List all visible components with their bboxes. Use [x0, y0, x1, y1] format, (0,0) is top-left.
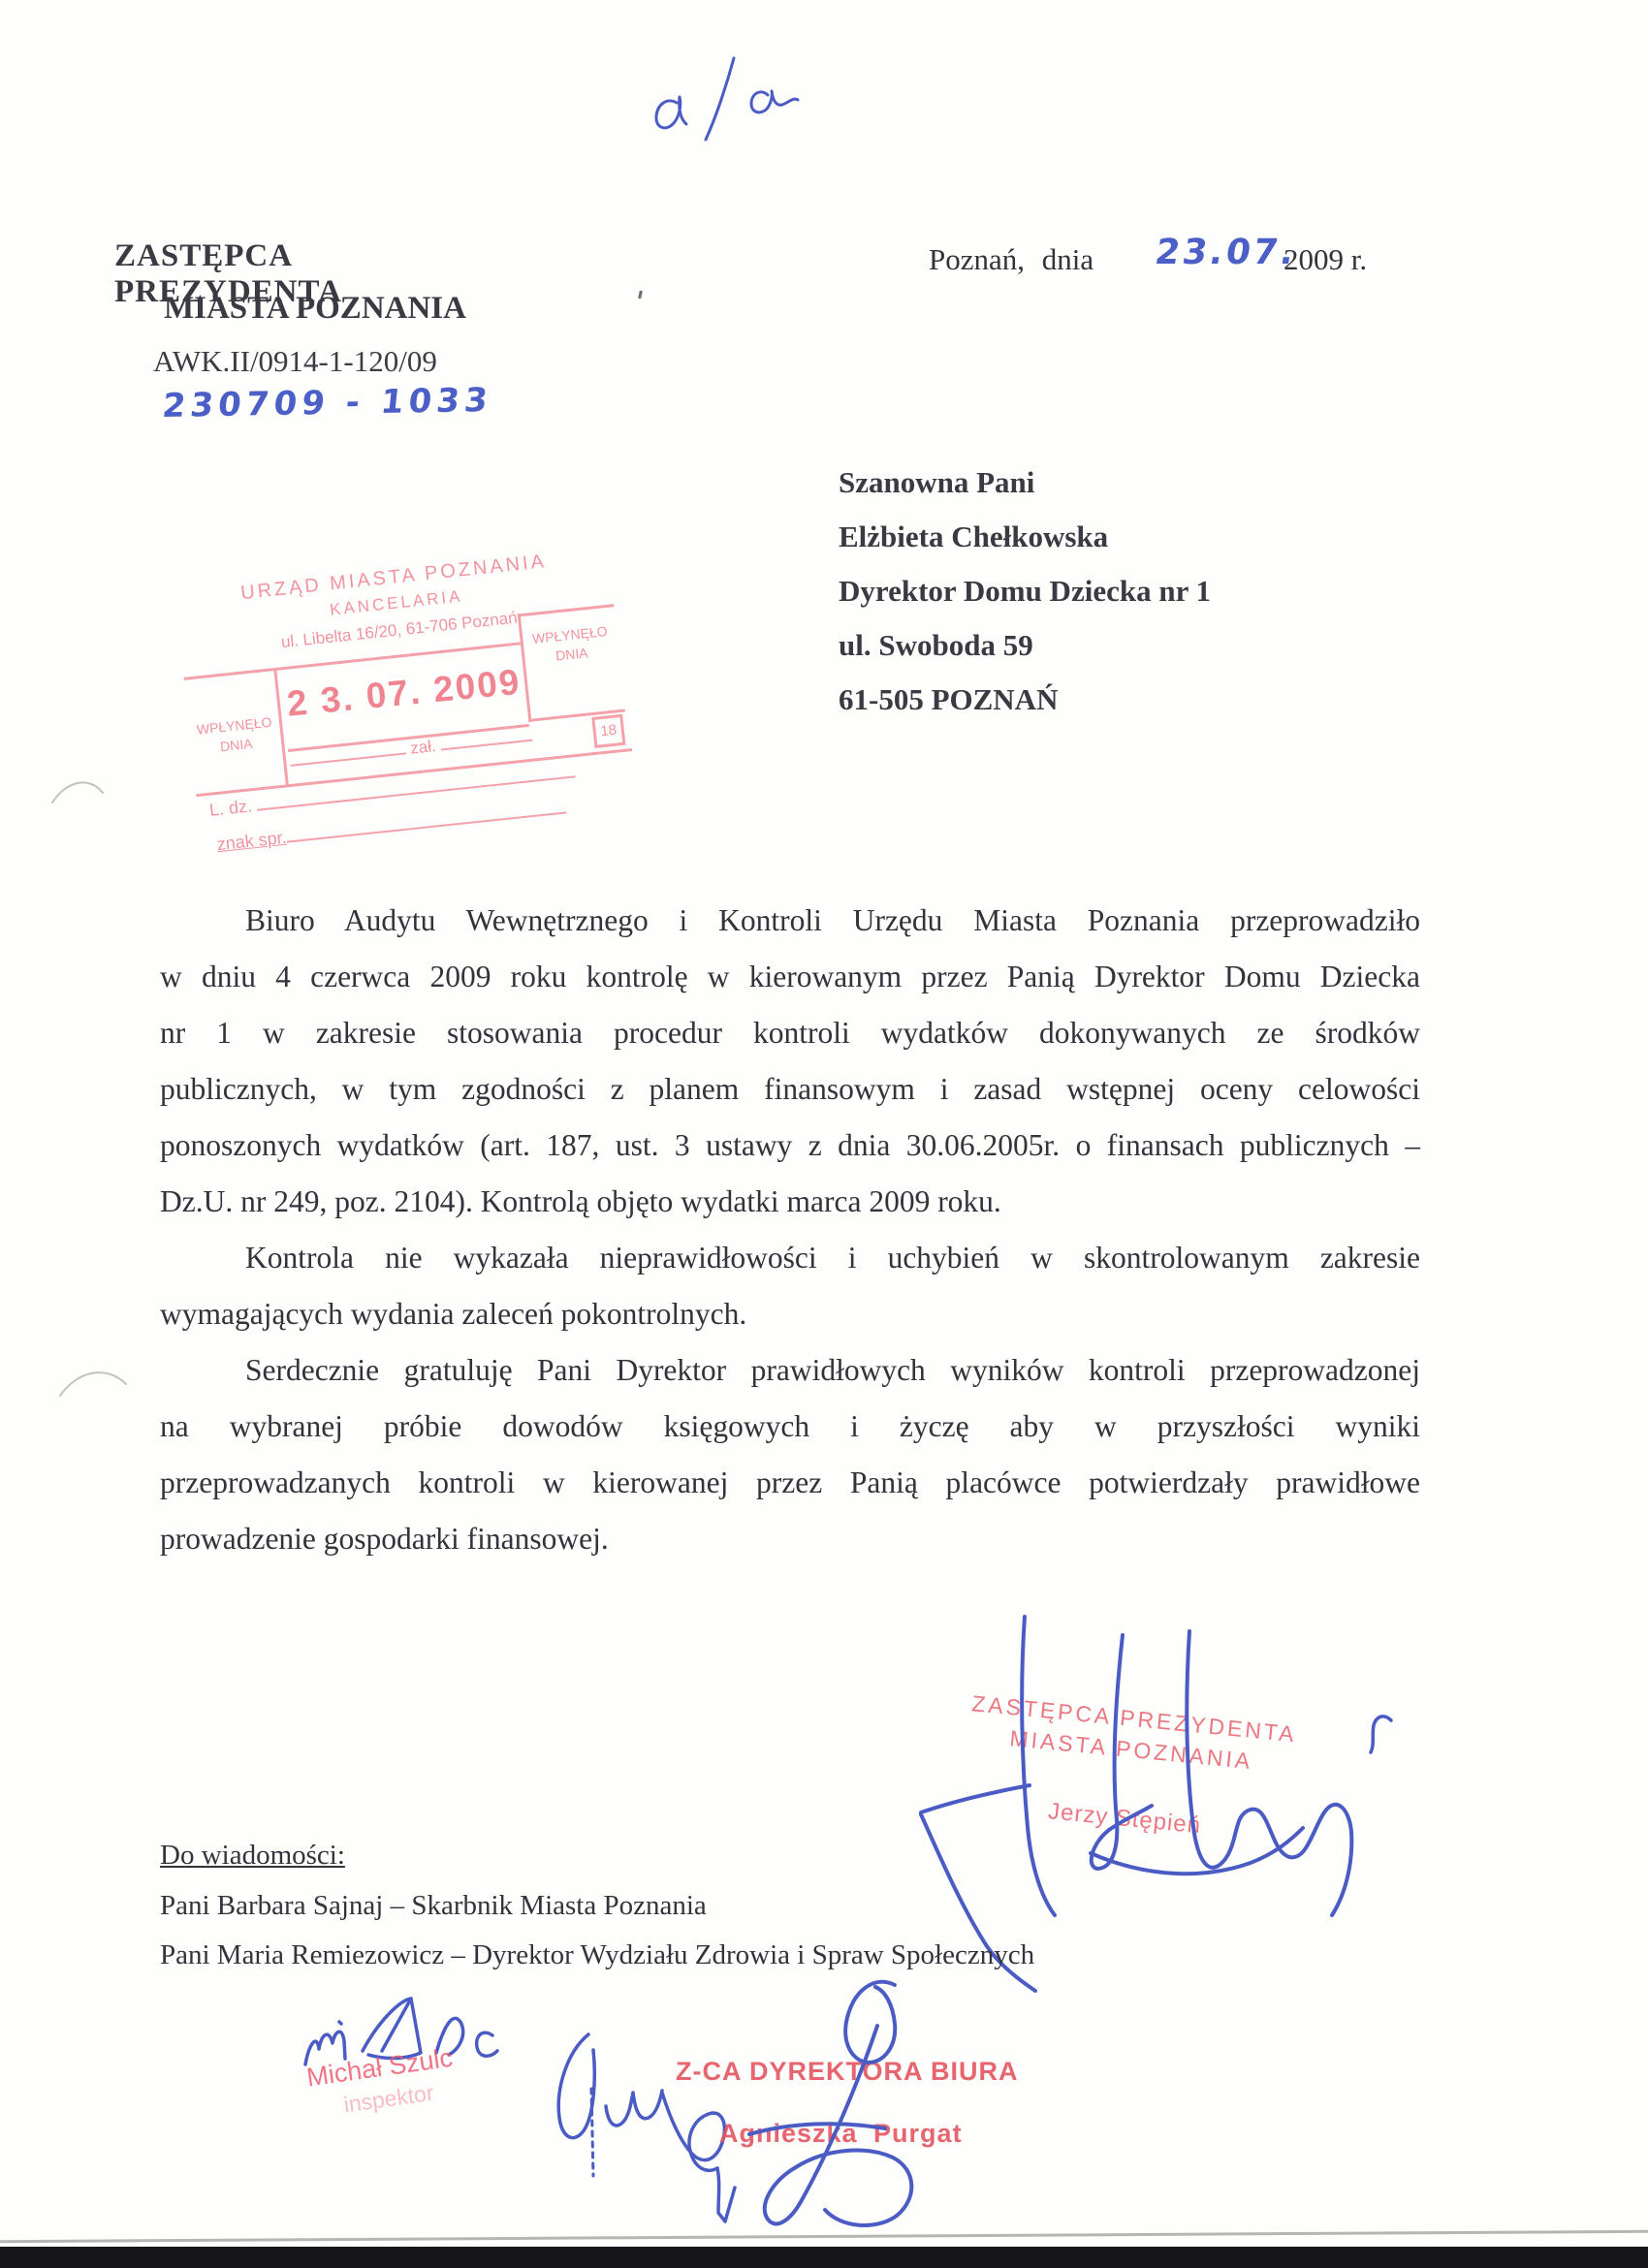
body-line: przeprowadzanych kontroli w kierowanej p… — [160, 1465, 1420, 1500]
cc-heading: Do wiadomości: — [160, 1840, 345, 1872]
scanned-letter-page: ZASTĘPCA PREZYDENTA MIASTA POZNANIA AWK.… — [0, 0, 1648, 2268]
stamp-received-right-cell: WPŁYNĘŁO DNIA — [518, 604, 625, 722]
handwritten-aa-annotation — [640, 47, 814, 163]
body-line: Kontrola nie wykazała nieprawidłowości i… — [160, 1241, 1420, 1276]
scan-artifact-arc — [39, 766, 126, 814]
body-line: wymagających wydania zaleceń pokontrolny… — [160, 1297, 1420, 1332]
handwritten-date: 23.07. — [1153, 233, 1300, 272]
cc-item: Pani Barbara Sajnaj – Skarbnik Miasta Po… — [160, 1890, 707, 1922]
recipient-line: 61-505 POZNAŃ — [839, 673, 1211, 727]
handwritten-registry-number: 230709 - 1033 — [161, 381, 494, 425]
body-line: w dniu 4 czerwca 2009 roku kontrolę w ki… — [160, 960, 1420, 994]
dateline-prefix: Poznań, dnia — [929, 242, 1093, 277]
stamp-received-left-cell: WPŁYNĘŁO DNIA — [184, 671, 289, 794]
stamp-attachments-box: 18 — [591, 714, 625, 748]
scan-artifact-arc — [48, 1355, 145, 1408]
recipient-block: Szanowna Pani Elżbieta Chełkowska Dyrekt… — [839, 456, 1211, 727]
recipient-line: Elżbieta Chełkowska — [839, 510, 1211, 564]
recipient-line: Szanowna Pani — [839, 456, 1211, 510]
reference-number: AWK.II/0914-1-120/09 — [153, 344, 437, 379]
registry-intake-stamp: URZĄD MIASTA POZNANIA KANCELARIA ul. Lib… — [173, 520, 641, 873]
body-line: nr 1 w zakresie stosowania procedur kont… — [160, 1016, 1420, 1051]
recipient-line: ul. Swoboda 59 — [839, 618, 1211, 673]
sender-title-line2: MIASTA POZNANIA — [114, 291, 516, 327]
recipient-line: Dyrektor Domu Dziecka nr 1 — [839, 564, 1211, 618]
dateline-year: 2009 r. — [1284, 242, 1367, 277]
body-line: ponoszonych wydatków (art. 187, ust. 3 u… — [160, 1128, 1420, 1163]
deputy-office-director-signature — [732, 1968, 955, 2234]
body-line: Biuro Audytu Wewnętrznego i Kontroli Urz… — [160, 903, 1420, 938]
scan-edge-bar — [0, 2247, 1648, 2268]
body-line: publicznych, w tym zgodności z planem fi… — [160, 1072, 1420, 1107]
body-line: Serdecznie gratuluję Pani Dyrektor prawi… — [160, 1353, 1420, 1388]
body-line: Dz.U. nr 249, poz. 2104). Kontrolą objęt… — [160, 1184, 1420, 1219]
scan-speck — [638, 291, 643, 299]
body-line: na wybranej próbie dowodów księgowych i … — [160, 1409, 1420, 1444]
body-line: prowadzenie gospodarki finansowej. — [160, 1522, 1420, 1557]
